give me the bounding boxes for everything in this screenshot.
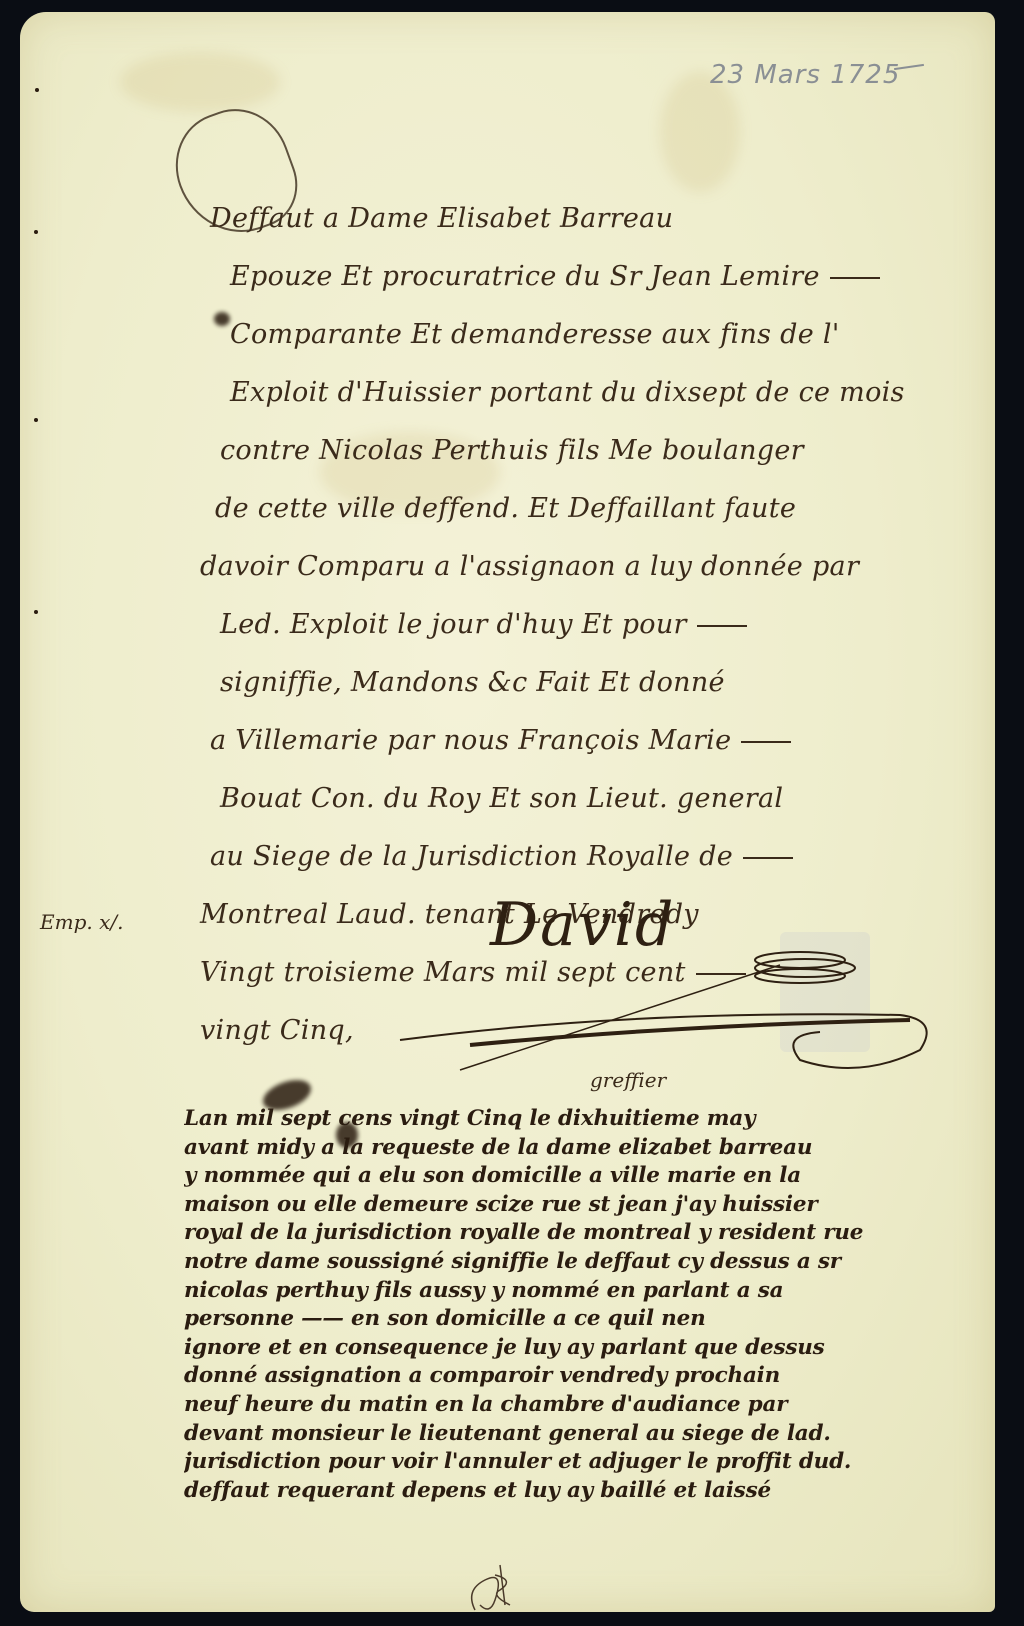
paraph-initials	[455, 1560, 535, 1620]
text-line: maison ou elle demeure scize rue st jean…	[184, 1191, 974, 1220]
text-line: devant monsieur le lieutenant general au…	[184, 1420, 974, 1449]
text-line: Lan mil sept cens vingt Cinq le dixhuiti…	[184, 1105, 974, 1134]
margin-note: Emp. x/.	[40, 910, 123, 934]
greffier-title: greffier	[590, 1068, 666, 1092]
text-line: a Villemarie par nous François Marie	[210, 712, 970, 770]
text-line: personne —— en son domicille a ce quil n…	[184, 1305, 974, 1334]
text-line: Comparante Et demanderesse aux fins de l…	[230, 306, 970, 364]
archival-date-annotation: 23 Mars 1725	[710, 60, 900, 90]
text-line: au Siege de la Jurisdiction Royalle de	[210, 828, 970, 886]
margin-dot	[35, 88, 39, 92]
paper-stain	[660, 72, 740, 192]
text-line: de cette ville deffend. Et Deffaillant f…	[215, 480, 970, 538]
margin-dot	[34, 610, 38, 614]
paper-stain	[120, 52, 280, 112]
signature-flourish	[380, 940, 940, 1080]
text-line: contre Nicolas Perthuis fils Me boulange…	[220, 422, 970, 480]
second-section-text: Lan mil sept cens vingt Cinq le dixhuiti…	[184, 1105, 974, 1505]
text-line: jurisdiction pour voir l'annuler et adju…	[184, 1448, 974, 1477]
text-line: Epouze Et procuratrice du Sr Jean Lemire	[230, 248, 970, 306]
text-line: neuf heure du matin en la chambre d'audi…	[184, 1391, 974, 1420]
text-line: nicolas perthuy fils aussy y nommé en pa…	[184, 1277, 974, 1306]
text-line: avant midy a la requeste de la dame eliz…	[184, 1134, 974, 1163]
text-line: deffaut requerant depens et luy ay baill…	[184, 1477, 974, 1506]
text-line: signiffie, Mandons &c Fait Et donné	[220, 654, 970, 712]
text-line: y nommée qui a elu son domicille a ville…	[184, 1162, 974, 1191]
margin-dot	[34, 230, 38, 234]
text-line: Deffaut a Dame Elisabet Barreau	[190, 190, 970, 248]
text-line: davoir Comparu a l'assignaon a luy donné…	[200, 538, 970, 596]
margin-dot	[34, 418, 38, 422]
text-line: Led. Exploit le jour d'huy Et pour	[220, 596, 970, 654]
text-line: notre dame soussigné signiffie le deffau…	[184, 1248, 974, 1277]
text-line: Exploit d'Huissier portant du dixsept de…	[230, 364, 970, 422]
text-line: ignore et en consequence je luy ay parla…	[184, 1334, 974, 1363]
text-line: royal de la jurisdiction royalle de mont…	[184, 1219, 974, 1248]
text-line: donné assignation a comparoir vendredy p…	[184, 1362, 974, 1391]
text-line: Bouat Con. du Roy Et son Lieut. general	[220, 770, 970, 828]
